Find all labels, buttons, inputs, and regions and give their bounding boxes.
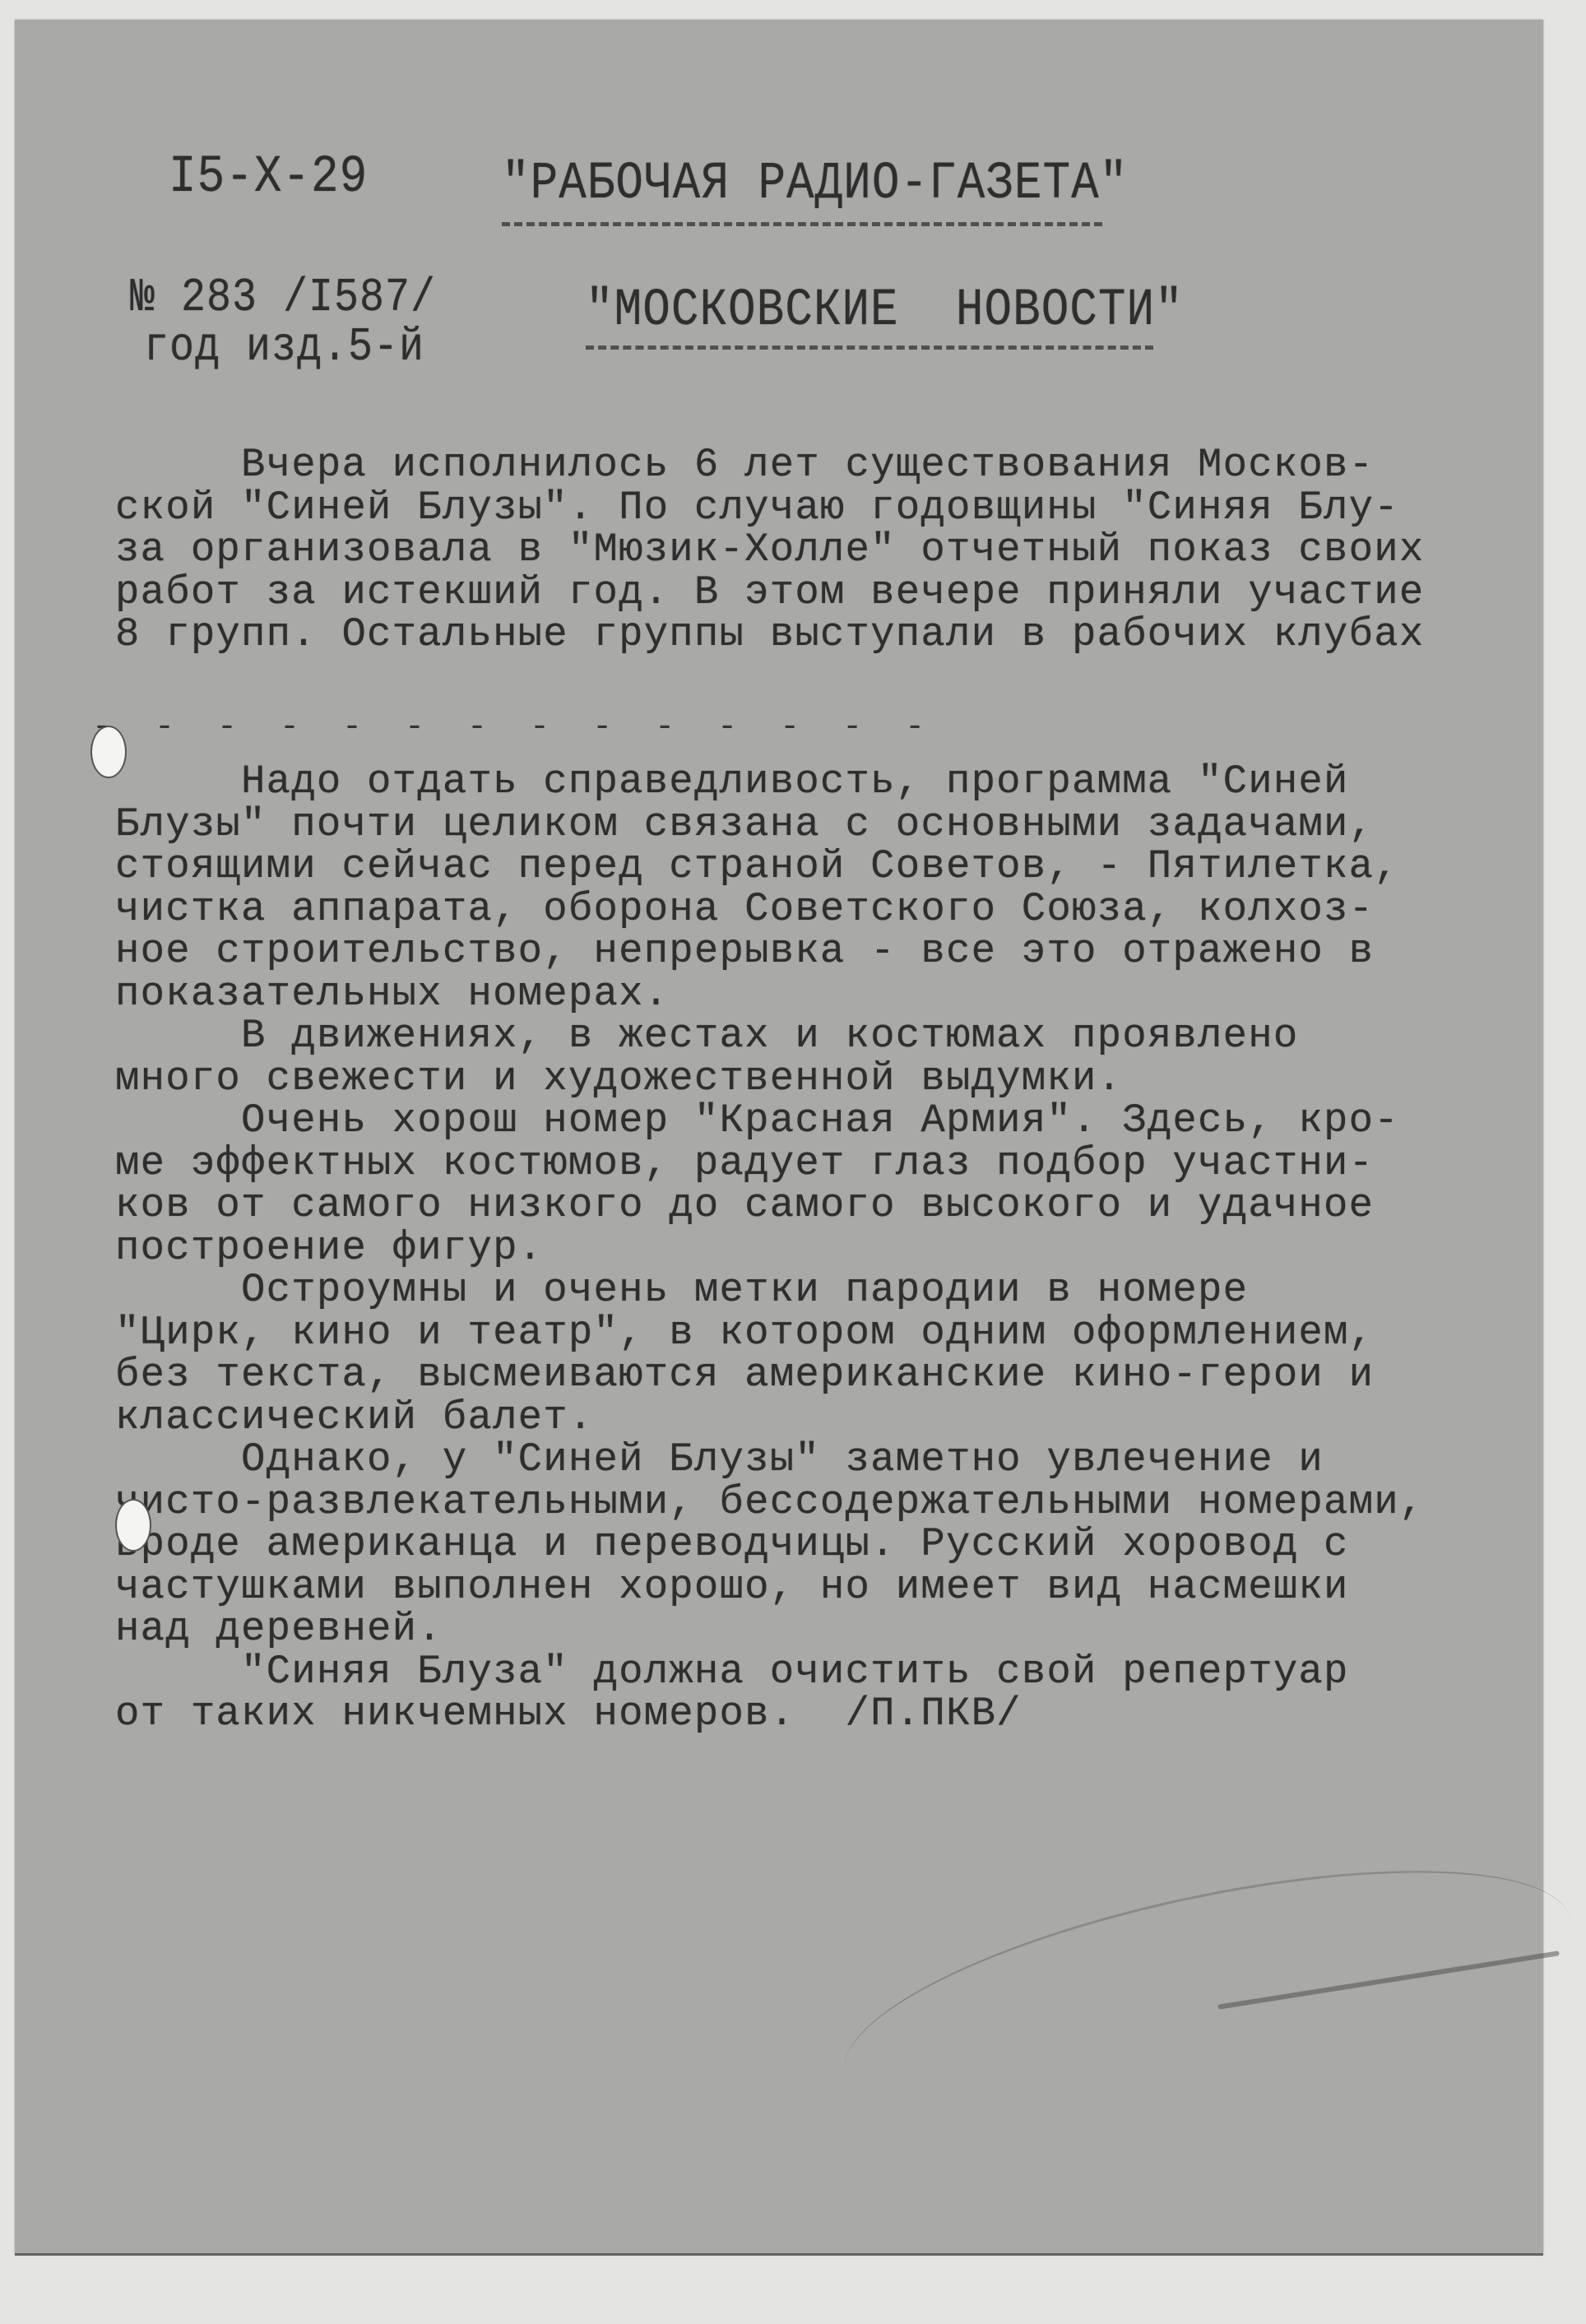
issue-number: № 283 /I587/ bbox=[130, 271, 436, 326]
text-line: Надо отдать справедливость, программа "С… bbox=[115, 761, 1530, 804]
text-line: частушками выполнен хорошо, но имеет вид… bbox=[115, 1566, 1530, 1609]
paragraph-review: Надо отдать справедливость, программа "С… bbox=[115, 761, 1530, 1736]
text-line: над деревней. bbox=[115, 1608, 1530, 1651]
paragraph-anniversary: Вчера исполнилось 6 лет существования Мо… bbox=[115, 444, 1530, 656]
text-line: вроде американца и переводчицы. Русский … bbox=[115, 1524, 1530, 1566]
text-line: работ за истекший год. В этом вечере при… bbox=[115, 572, 1530, 615]
text-line: чистка аппарата, оборона Советского Союз… bbox=[115, 888, 1530, 931]
text-line: ное строительство, непрерывка - все это … bbox=[115, 930, 1530, 973]
text-line: ской "Синей Блузы". По случаю годовщины … bbox=[115, 487, 1530, 530]
text-line: "Синяя Блуза" должна очистить свой репер… bbox=[115, 1651, 1530, 1694]
text-line: В движениях, в жестах и костюмах проявле… bbox=[115, 1015, 1530, 1058]
text-line: классический балет. bbox=[115, 1397, 1530, 1440]
text-line: ков от самого низкого до самого высокого… bbox=[115, 1185, 1530, 1227]
text-line: ме эффектных костюмов, радует глаз подбо… bbox=[115, 1143, 1530, 1185]
text-line: Очень хорош номер "Красная Армия". Здесь… bbox=[115, 1100, 1530, 1143]
punch-hole bbox=[115, 1499, 151, 1552]
text-line: много свежести и художественной выдумки. bbox=[115, 1058, 1530, 1101]
text-line: показательных номерах. bbox=[115, 973, 1530, 1016]
text-line: построение фигур. bbox=[115, 1227, 1530, 1270]
text-line: Блузы" почти целиком связана с основными… bbox=[115, 804, 1530, 847]
text-line: "Цирк, кино и театр", в котором одним оф… bbox=[115, 1312, 1530, 1355]
section-underline bbox=[586, 346, 1153, 350]
text-line: от таких никчемных номеров. /П.ПКВ/ bbox=[115, 1693, 1530, 1736]
separator-dashes: - - - - - - - - - - - - - - bbox=[92, 709, 936, 746]
text-line: Остроумны и очень метки пародии в номере bbox=[115, 1269, 1530, 1312]
newspaper-title: "РАБОЧАЯ РАДИО-ГАЗЕТА" bbox=[502, 153, 1128, 214]
title-underline bbox=[502, 222, 1102, 226]
text-line: 8 групп. Остальные группы выступали в ра… bbox=[115, 614, 1530, 656]
text-line: без текста, высмеиваются американские ки… bbox=[115, 1354, 1530, 1397]
document-date: I5-X-29 bbox=[169, 146, 368, 207]
text-line: чисто-развлекательными, бессодержательны… bbox=[115, 1482, 1530, 1524]
text-line: за организовала в "Мюзик-Холле" отчетный… bbox=[115, 529, 1530, 572]
issue-year: год изд.5-й bbox=[144, 321, 424, 375]
text-line: стоящими сейчас перед страной Советов, -… bbox=[115, 846, 1530, 888]
text-line: Однако, у "Синей Блузы" заметно увлечени… bbox=[115, 1439, 1530, 1482]
punch-hole bbox=[90, 726, 127, 778]
section-title: "МОСКОВСКИЕ НОВОСТИ" bbox=[586, 280, 1184, 341]
text-line: Вчера исполнилось 6 лет существования Мо… bbox=[115, 444, 1530, 487]
paper-crease bbox=[825, 1821, 1586, 2170]
